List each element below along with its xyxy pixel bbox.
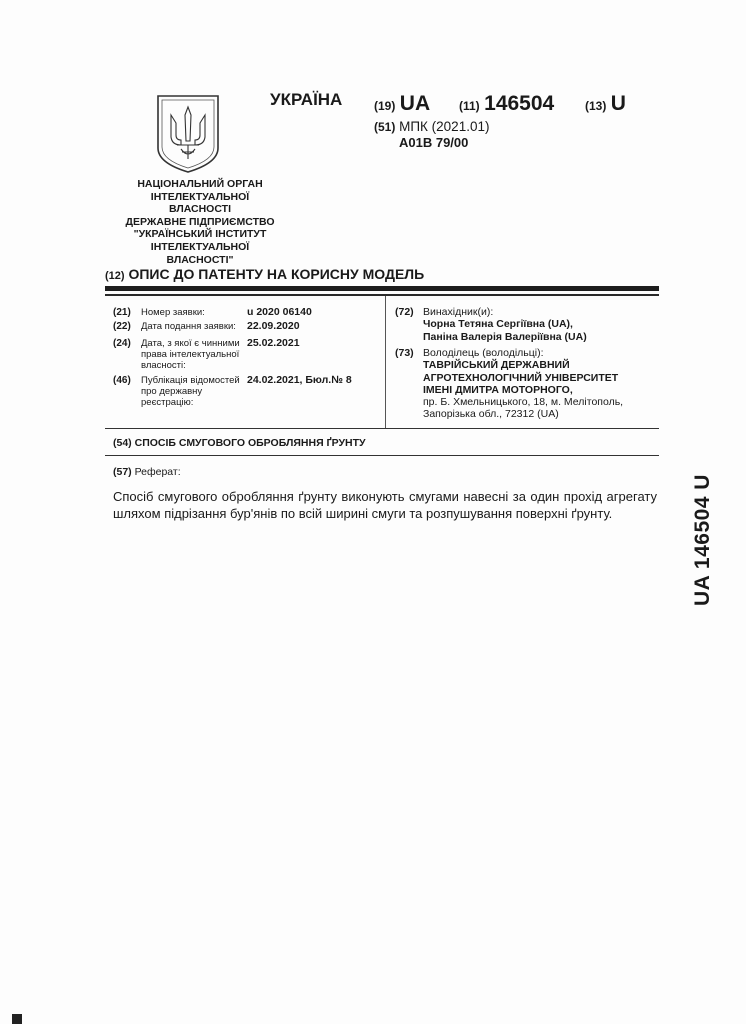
bib-label: Публікація відомостей про державну реєст… (141, 375, 246, 408)
inid-code: (46) (113, 375, 131, 386)
org-line: ДЕРЖАВНЕ ПІДПРИЄМСТВО (105, 216, 295, 229)
document-title-text: ОПИС ДО ПАТЕНТУ НА КОРИСНУ МОДЕЛЬ (128, 266, 424, 282)
bib-value: 25.02.2021 (247, 338, 300, 349)
inid-code: (22) (113, 321, 131, 332)
owner-name-line: ІМЕНІ ДМИТРА МОТОРНОГО, (423, 384, 693, 396)
inid-code: (57) (113, 466, 132, 478)
bib-label: Дата, з якої є чинними права інтелектуал… (141, 338, 246, 371)
abstract-heading: (57) Реферат: (113, 466, 181, 478)
inid-code: (73) (395, 347, 414, 359)
inid-code: (11) (459, 99, 480, 113)
owner-name-line: АГРОТЕХНОЛОГІЧНИЙ УНІВЕРСИТЕТ (423, 372, 693, 384)
invention-title: (54) СПОСІБ СМУГОВОГО ОБРОБЛЯННЯ ҐРУНТУ (113, 437, 366, 449)
inventors-label: Винахідник(и): (423, 306, 693, 318)
inid-code: (12) (105, 270, 125, 282)
bib-value: 22.09.2020 (247, 321, 300, 332)
inid-code: (51) (374, 120, 395, 134)
inid-code: (72) (395, 306, 414, 318)
section-divider (105, 428, 659, 429)
country-code-field: (19) UA (374, 92, 430, 116)
ipc-class: A01B 79/00 (399, 135, 468, 150)
bib-label: Номер заявки: (141, 307, 246, 318)
kind-code: U (611, 92, 626, 115)
abstract-label: Реферат: (135, 466, 181, 478)
org-line: "УКРАЇНСЬКИЙ ІНСТИТУТ (105, 228, 295, 241)
inid-code: (24) (113, 338, 131, 349)
bib-value: u 2020 06140 (247, 307, 312, 318)
side-label-text: UA 146504 U (691, 474, 715, 606)
patent-number-field: (11) 146504 (459, 92, 554, 116)
inventor-name: Паніна Валерія Валеріївна (UA) (423, 331, 693, 343)
header-rule-thin (105, 294, 659, 296)
owner-address-line: Запорізька обл., 72312 (UA) (423, 408, 693, 420)
org-line: НАЦІОНАЛЬНИЙ ОРГАН (105, 178, 295, 191)
patent-number: 146504 (484, 92, 554, 115)
invention-title-text: СПОСІБ СМУГОВОГО ОБРОБЛЯННЯ ҐРУНТУ (135, 437, 366, 449)
owner-name-line: ТАВРІЙСЬКИЙ ДЕРЖАВНИЙ (423, 359, 693, 371)
inid-code: (19) (374, 99, 395, 113)
country-code: UA (400, 92, 430, 115)
org-line: ІНТЕЛЕКТУАЛЬНОЇ (105, 191, 295, 204)
section-divider (105, 455, 659, 456)
inventor-name: Чорна Тетяна Сергіївна (UA), (423, 318, 693, 330)
abstract-text: Спосіб смугового обробляння ґрунту викон… (113, 489, 657, 522)
owner-address-line: пр. Б. Хмельницького, 18, м. Мелітополь, (423, 396, 693, 408)
trident-coat-of-arms-icon (155, 93, 221, 175)
issuing-organization: НАЦІОНАЛЬНИЙ ОРГАН ІНТЕЛЕКТУАЛЬНОЇ ВЛАСН… (105, 178, 295, 266)
org-line: ІНТЕЛЕКТУАЛЬНОЇ (105, 241, 295, 254)
ipc-label: МПК (2021.01) (399, 119, 489, 134)
document-title: (12) ОПИС ДО ПАТЕНТУ НА КОРИСНУ МОДЕЛЬ (105, 266, 424, 282)
inid-code: (54) (113, 437, 132, 449)
org-line: ВЛАСНОСТІ (105, 203, 295, 216)
header-rule-thick (105, 286, 659, 291)
side-patent-label: UA 146504 U (683, 455, 723, 625)
country-name: УКРАЇНА (270, 90, 342, 110)
owner-label: Володілець (володільці): (423, 347, 693, 359)
org-line: ВЛАСНОСТІ" (105, 254, 295, 267)
scan-mark (12, 1014, 22, 1024)
kind-code-field: (13) U (585, 92, 626, 116)
ipc-field: (51) МПК (2021.01) (374, 119, 489, 134)
inid-code: (13) (585, 99, 606, 113)
column-divider (385, 296, 386, 428)
bib-label: Дата подання заявки: (141, 321, 246, 332)
inid-code: (21) (113, 307, 131, 318)
bib-value: 24.02.2021, Бюл.№ 8 (247, 375, 352, 386)
